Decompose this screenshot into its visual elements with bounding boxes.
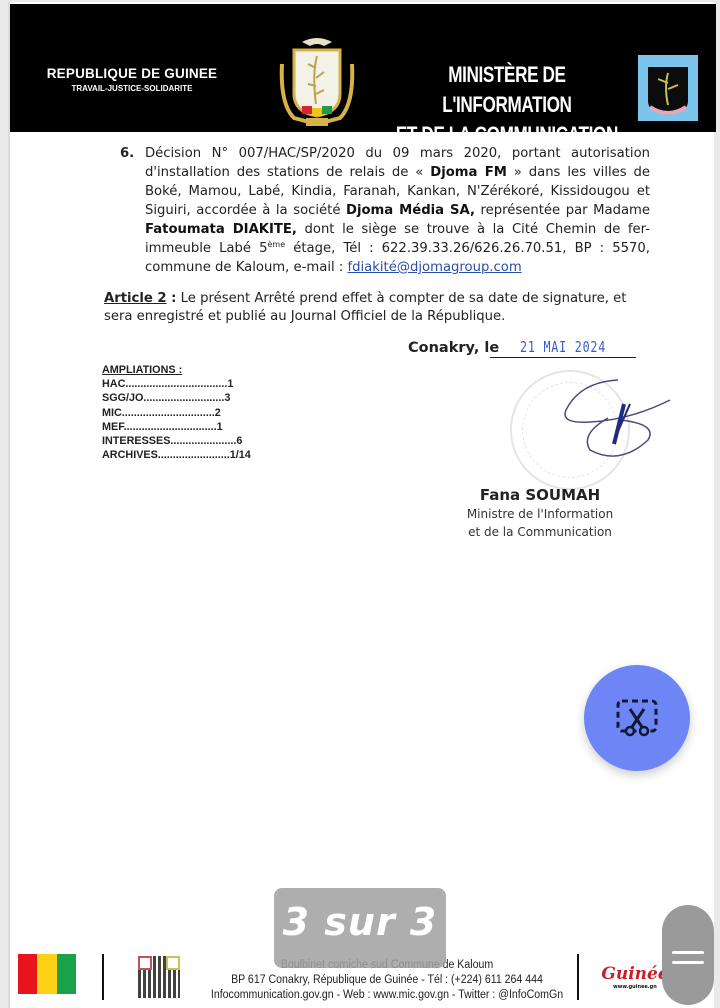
page-indicator-text: 3 sur 3 (274, 900, 446, 944)
footer-divider (577, 954, 579, 1000)
floor-superscript: ème (268, 240, 286, 249)
date-stamp: 21 MAI 2024 (520, 338, 606, 356)
republic-title: REPUBLIQUE DE GUINEE (34, 66, 230, 81)
screenshot-scissors-icon (614, 695, 660, 741)
article-2: Article 2 : Le présent Arrêté prend effe… (104, 290, 652, 326)
page-indicator: 3 sur 3 (274, 888, 446, 968)
guinee-brand-logo: Guinée www.guinee.gn (600, 964, 670, 990)
screenshot-button[interactable] (584, 665, 690, 771)
ministry-line-1: MINISTÈRE DE L'INFORMATION (386, 60, 628, 120)
article-text: Le présent Arrêté prend effet à compter … (104, 291, 626, 324)
ministry-title: MINISTÈRE DE L'INFORMATION ET DE LA COMM… (386, 60, 628, 150)
decision-item-6: 6. Décision N° 007/HAC/SP/2020 du 09 mar… (120, 144, 650, 277)
text-segment: représentée par Madame (475, 203, 650, 218)
date-underline (490, 357, 636, 358)
ministry-emblem-icon (638, 55, 698, 121)
qr-code-icon (138, 956, 180, 998)
republic-motto: TRAVAIL-JUSTICE-SOLIDARITE (34, 84, 230, 93)
ampliations-list: AMPLIATIONS : HAC.......................… (102, 363, 251, 462)
grip-line (672, 951, 704, 954)
ampliation-entry: HAC..................................1 (102, 377, 251, 391)
signer-title-2: et de la Communication (440, 524, 640, 540)
flag-stripe-green (57, 954, 76, 994)
footer-divider (102, 954, 104, 1000)
coat-of-arms-icon (272, 34, 362, 130)
signer-title-1: Ministre de l'Information (440, 506, 640, 522)
ampliation-entry: ARCHIVES........................1/14 (102, 448, 251, 462)
ampliation-entry: MIC...............................2 (102, 406, 251, 420)
ampliation-entry: MEF...............................1 (102, 420, 251, 434)
address-line-3: Infocommunication.gov.gn - Web : www.mic… (208, 988, 567, 1003)
flag-stripe-yellow (37, 954, 56, 994)
ampliations-heading: AMPLIATIONS : (102, 363, 251, 377)
document-page: REPUBLIQUE DE GUINEE TRAVAIL-JUSTICE-SOL… (8, 2, 714, 1008)
flag-stripe-red (18, 954, 37, 994)
ampliation-entry: SGG/JO...........................3 (102, 391, 251, 405)
email-link[interactable]: fdiakité@djomagroup.com (347, 260, 521, 275)
signer-name: Fana SOUMAH (440, 486, 640, 504)
signer-block: Fana SOUMAH Ministre de l'Information et… (440, 486, 640, 540)
brand-name: Djoma FM (430, 165, 507, 180)
brand-word: Guinée (600, 964, 670, 984)
article-colon: : (167, 291, 177, 306)
representative-name: Fatoumata DIAKITE, (145, 222, 297, 237)
brand-url: www.guinee.gn (600, 984, 670, 990)
item-text: Décision N° 007/HAC/SP/2020 du 09 mars 2… (145, 144, 650, 277)
signature-place: Conakry, le (408, 340, 499, 356)
scroll-handle[interactable] (662, 905, 714, 1005)
republic-block: REPUBLIQUE DE GUINEE TRAVAIL-JUSTICE-SOL… (34, 66, 230, 93)
article-label: Article 2 (104, 291, 167, 306)
item-number: 6. (120, 144, 134, 163)
guinea-flag-icon (18, 954, 76, 994)
company-name: Djoma Média SA, (346, 203, 475, 218)
ampliation-entry: INTERESSES......................6 (102, 434, 251, 448)
grip-line (672, 961, 704, 964)
address-line-2: BP 617 Conakry, République de Guinée - T… (208, 973, 567, 988)
signature-icon (560, 374, 680, 464)
letterhead: REPUBLIQUE DE GUINEE TRAVAIL-JUSTICE-SOL… (10, 4, 716, 132)
